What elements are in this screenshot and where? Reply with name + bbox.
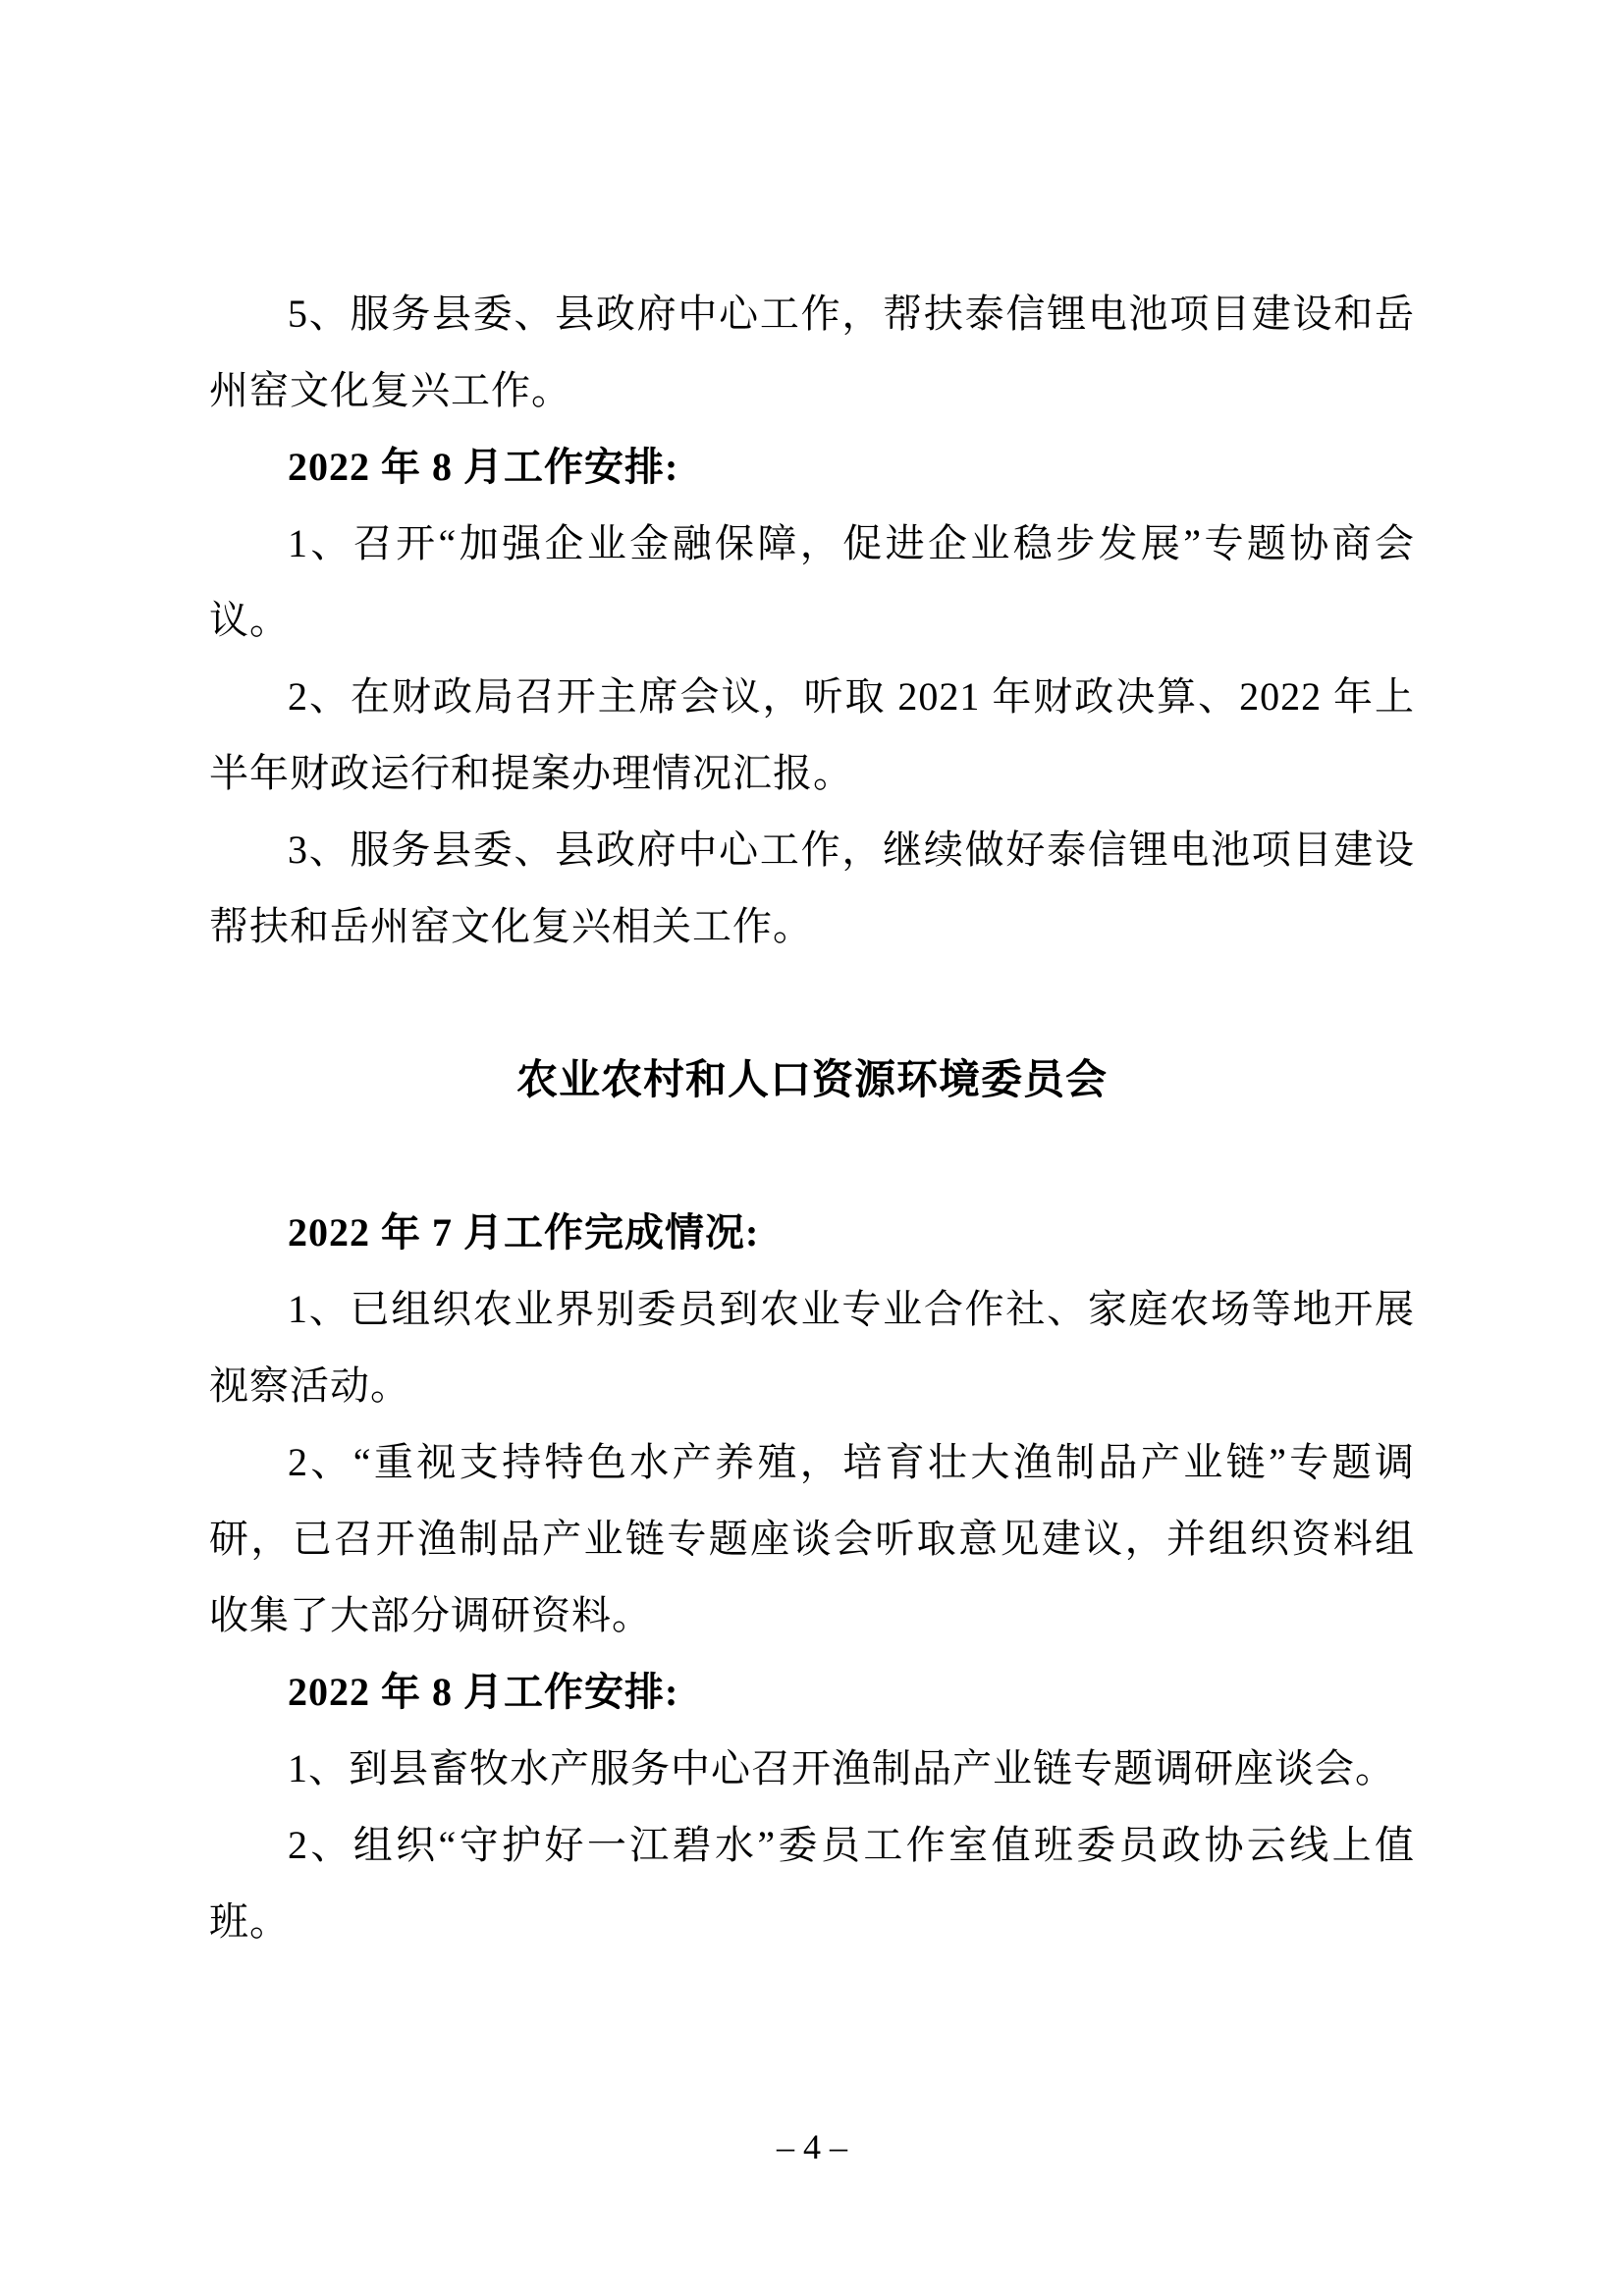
document-body: 5、服务县委、县政府中心工作，帮扶泰信锂电池项目建设和岳州窑文化复兴工作。 20… — [209, 276, 1415, 1960]
paragraph-agriculture-august-item2: 2、组织“守护好一江碧水”委员工作室值班委员政协云线上值班。 — [209, 1807, 1415, 1960]
paragraph-agriculture-july-item2: 2、“重视支持特色水产养殖，培育壮大渔制品产业链”专题调研，已召开渔制品产业链专… — [209, 1424, 1415, 1654]
page-number: – 4 – — [0, 2122, 1624, 2171]
paragraph-finance-august-item1: 1、召开“加强企业金融保障，促进企业稳步发展”专题协商会议。 — [209, 506, 1415, 659]
paragraph-agriculture-july-item1: 1、已组织农业界别委员到农业专业合作社、家庭农场等地开展视察活动。 — [209, 1271, 1415, 1424]
committee-title-agriculture: 农业农村和人口资源环境委员会 — [209, 1041, 1415, 1118]
heading-agriculture-august-plan: 2022 年 8 月工作安排: — [209, 1654, 1415, 1731]
document-page: 5、服务县委、县政府中心工作，帮扶泰信锂电池项目建设和岳州窑文化复兴工作。 20… — [0, 0, 1624, 2296]
paragraph-finance-august-item3: 3、服务县委、县政府中心工作，继续做好泰信锂电池项目建设帮扶和岳州窑文化复兴相关… — [209, 812, 1415, 965]
heading-finance-august-plan: 2022 年 8 月工作安排: — [209, 429, 1415, 506]
heading-agriculture-july-status: 2022 年 7 月工作完成情况: — [209, 1195, 1415, 1271]
paragraph-agriculture-august-item1: 1、到县畜牧水产服务中心召开渔制品产业链专题调研座谈会。 — [209, 1731, 1415, 1807]
paragraph-finance-august-item2: 2、在财政局召开主席会议，听取 2021 年财政决算、2022 年上半年财政运行… — [209, 659, 1415, 812]
paragraph-finance-item5: 5、服务县委、县政府中心工作，帮扶泰信锂电池项目建设和岳州窑文化复兴工作。 — [209, 276, 1415, 429]
